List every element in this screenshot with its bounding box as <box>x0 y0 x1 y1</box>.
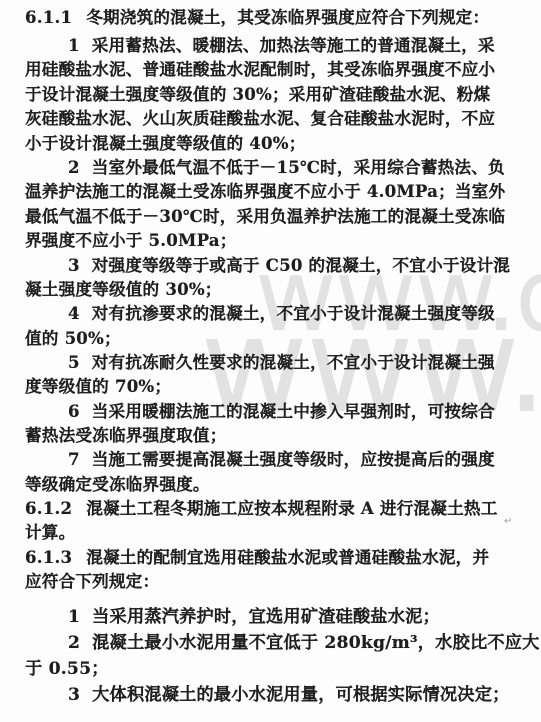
paragraph-line: 小于设计混凝土强度等级值的 40%； <box>25 132 510 154</box>
list-item-2: 2当室外最低气温不低于－15℃时，采用综合蓄热法、负 <box>25 156 510 178</box>
paragraph-line: 计算。 <box>25 521 510 543</box>
paragraph-line: 于设计混凝土强度等级值的 30%；采用矿渣硅酸盐水泥、粉煤 <box>25 83 510 105</box>
paragraph-line: 灰硅酸盐水泥、火山灰质硅酸盐水泥、复合硅酸盐水泥时，不应 <box>25 107 510 129</box>
item-number: 1 <box>68 606 80 628</box>
paragraph-line: 蓄热法受冻临界强度取值； <box>25 424 510 446</box>
clause-heading-6-1-3: 6.1.3混凝土的配制宜选用硅酸盐水泥或普通硅酸盐水泥，并 <box>25 546 510 568</box>
paragraph-line: 值的 50%； <box>25 327 510 349</box>
paragraph-line: 于 0.55； <box>25 658 510 680</box>
line-text: 大体积混凝土的最小水泥用量，可根据实际情况决定； <box>92 685 509 705</box>
line-text: 对强度等级等于或高于 C50 的混凝土，不宜小于设计混 <box>92 255 510 275</box>
clause-heading-6-1-2: 6.1.2混凝土工程冬期施工应按本规程附录 A 进行混凝土热工 <box>25 497 510 519</box>
item-number: 6 <box>68 400 80 422</box>
item-number: 3 <box>68 684 80 706</box>
line-text: 对有抗冻耐久性要求的混凝土，不宜小于设计混凝土强 <box>92 352 495 372</box>
item-number: 7 <box>68 448 80 470</box>
paragraph-line: 温养护法施工的混凝土受冻临界强度不应小于 4.0MPa；当室外 <box>25 180 510 202</box>
line-text: 混凝土的配制宜选用硅酸盐水泥或普通硅酸盐水泥，并 <box>86 547 489 567</box>
paragraph-line: 用硅酸盐水泥、普通硅酸盐水泥配制时，其受冻临界强度不应小 <box>25 58 510 80</box>
list-item-6: 6当采用暖棚法施工的混凝土中掺入早强剂时，可按综合 <box>25 400 510 422</box>
list-item-1: 1采用蓄热法、暖棚法、加热法等施工的普通混凝土，采 <box>25 34 510 56</box>
line-text: 当采用暖棚法施工的混凝土中掺入早强剂时，可按综合 <box>92 401 495 421</box>
section-number: 6.1.2 <box>25 497 72 519</box>
clause-heading-6-1-1: 6.1.1冬期浇筑的混凝土，其受冻临界强度应符合下列规定： <box>25 6 510 28</box>
list-item-2: 2混凝土最小水泥用量不宜低于 280kg/m³，水胶比不应大 <box>25 632 510 654</box>
paragraph-line: 等级确定受冻临界强度。 <box>25 473 510 495</box>
line-text: 当室外最低气温不低于－15℃时，采用综合蓄热法、负 <box>92 157 505 177</box>
item-number: 1 <box>68 34 80 56</box>
item-number: 5 <box>68 351 80 373</box>
paragraph-return-icon: ↵ <box>504 516 512 527</box>
line-text: 冬期浇筑的混凝土，其受冻临界强度应符合下列规定： <box>86 7 489 27</box>
document-page: www.dc www.dc 6.1.1冬期浇筑的混凝土，其受冻临界强度应符合下列… <box>0 0 541 722</box>
section-number: 6.1.1 <box>25 6 72 28</box>
paragraph-line: 凝土强度等级值的 30%； <box>25 278 510 300</box>
list-item-4: 4对有抗渗要求的混凝土，不宜小于设计混凝土强度等级 <box>25 302 510 324</box>
list-item-3: 3大体积混凝土的最小水泥用量，可根据实际情况决定； <box>25 684 510 706</box>
item-number: 4 <box>68 302 80 324</box>
list-item-3: 3对强度等级等于或高于 C50 的混凝土，不宜小于设计混 <box>25 254 510 276</box>
line-text: 当采用蒸汽养护时，宜选用矿渣硅酸盐水泥； <box>92 607 440 627</box>
line-text: 采用蓄热法、暖棚法、加热法等施工的普通混凝土，采 <box>92 35 495 55</box>
item-number: 3 <box>68 254 80 276</box>
line-text: 对有抗渗要求的混凝土，不宜小于设计混凝土强度等级 <box>92 303 495 323</box>
list-item-7: 7当施工需要提高混凝土强度等级时，应按提高后的强度 <box>25 448 510 470</box>
line-text: 混凝土工程冬期施工应按本规程附录 A 进行混凝土热工 <box>86 498 497 518</box>
list-item-5: 5对有抗冻耐久性要求的混凝土，不宜小于设计混凝土强 <box>25 351 510 373</box>
item-number: 2 <box>68 156 80 178</box>
paragraph-line: 最低气温不低于－30℃时，采用负温养护法施工的混凝土受冻临 <box>25 205 510 227</box>
paragraph-line: 界强度不应小于 5.0MPa； <box>25 229 510 251</box>
item-number: 2 <box>68 632 80 654</box>
paragraph-line: 度等级值的 70%； <box>25 375 510 397</box>
section-number: 6.1.3 <box>25 546 72 568</box>
line-text: 混凝土最小水泥用量不宜低于 280kg/m³，水胶比不应大 <box>92 633 539 653</box>
line-text: 当施工需要提高混凝土强度等级时，应按提高后的强度 <box>92 449 495 469</box>
list-item-1: 1当采用蒸汽养护时，宜选用矿渣硅酸盐水泥； <box>25 606 510 628</box>
paragraph-line: 应符合下列规定： <box>25 570 510 592</box>
